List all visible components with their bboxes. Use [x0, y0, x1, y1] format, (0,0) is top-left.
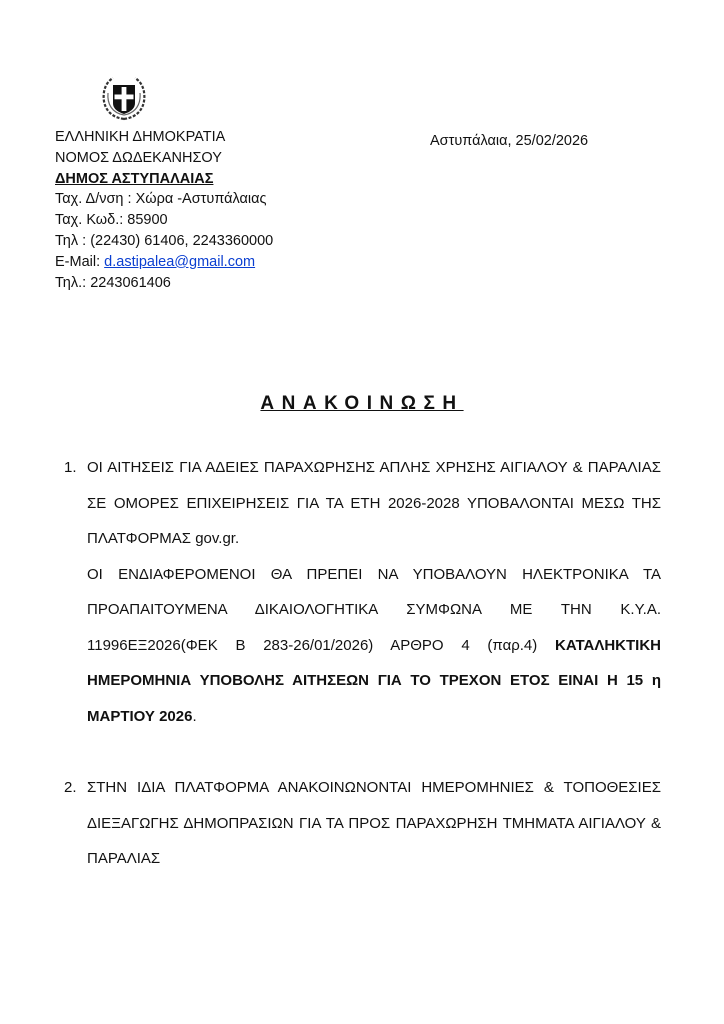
document-title: ΑΝΑΚΟΙΝΩΣΗ	[0, 393, 724, 415]
item-paragraph: ΣΤΗΝ ΙΔΙΑ ΠΛΑΤΦΟΡΜΑ ΑΝΑΚΟΙΝΩΝΟΝΤΑΙ ΗΜΕΡΟ…	[87, 770, 661, 877]
item-text-end: .	[192, 708, 196, 725]
announcement-item-1: 1. ΟΙ ΑΙΤΗΣΕΙΣ ΓΙΑ ΑΔΕΙΕΣ ΠΑΡΑΧΩΡΗΣΗΣ ΑΠ…	[64, 450, 661, 734]
sender-address: Ταχ. Δ/νση : Χώρα -Αστυπάλαιας	[55, 189, 273, 210]
place-date: Αστυπάλαια, 25/02/2026	[430, 133, 588, 149]
sender-postcode: Ταχ. Κωδ.: 85900	[55, 210, 273, 231]
sender-municipality: ΔΗΜΟΣ ΑΣΤΥΠΑΛΑΙΑΣ	[55, 169, 273, 190]
sender-phone-line: Τηλ.: 2243061406	[55, 273, 273, 294]
item-body: ΣΤΗΝ ΙΔΙΑ ΠΛΑΤΦΟΡΜΑ ΑΝΑΚΟΙΝΩΝΟΝΤΑΙ ΗΜΕΡΟ…	[87, 770, 661, 877]
email-label: E-Mail:	[55, 254, 104, 270]
item-paragraph: ΟΙ ΕΝΔΙΑΦΕΡΟΜΕΝΟΙ ΘΑ ΠΡΕΠΕΙ ΝΑ ΥΠΟΒΑΛΟΥΝ…	[87, 557, 661, 735]
sender-prefecture: ΝΟΜΟΣ ΔΩΔΕΚΑΝΗΣΟΥ	[55, 148, 273, 169]
greek-coat-of-arms-icon	[99, 75, 149, 123]
announcement-item-2: 2. ΣΤΗΝ ΙΔΙΑ ΠΛΑΤΦΟΡΜΑ ΑΝΑΚΟΙΝΩΝΟΝΤΑΙ ΗΜ…	[64, 770, 661, 877]
item-body: ΟΙ ΑΙΤΗΣΕΙΣ ΓΙΑ ΑΔΕΙΕΣ ΠΑΡΑΧΩΡΗΣΗΣ ΑΠΛΗΣ…	[87, 450, 661, 734]
sender-country: ΕΛΛΗΝΙΚΗ ΔΗΜΟΚΡΑΤΙΑ	[55, 127, 273, 148]
item-paragraph: ΟΙ ΑΙΤΗΣΕΙΣ ΓΙΑ ΑΔΕΙΕΣ ΠΑΡΑΧΩΡΗΣΗΣ ΑΠΛΗΣ…	[87, 450, 661, 557]
item-number: 2.	[64, 770, 77, 806]
sender-phones: Τηλ : (22430) 61406, 2243360000	[55, 231, 273, 252]
sender-block: ΕΛΛΗΝΙΚΗ ΔΗΜΟΚΡΑΤΙΑ ΝΟΜΟΣ ΔΩΔΕΚΑΝΗΣΟΥ ΔΗ…	[55, 127, 273, 293]
item-number: 1.	[64, 450, 77, 486]
email-link[interactable]: d.astipalea@gmail.com	[104, 254, 255, 270]
sender-email-line: E-Mail: d.astipalea@gmail.com	[55, 252, 273, 273]
